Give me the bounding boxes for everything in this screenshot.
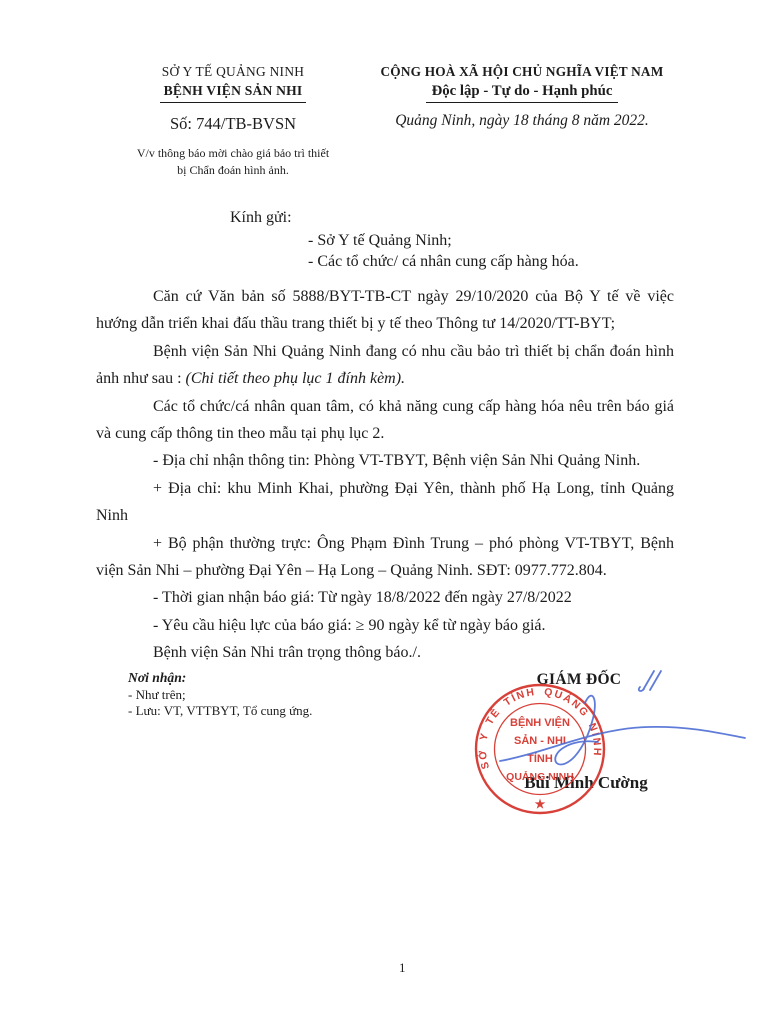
paragraph-address-detail: + Địa chỉ: khu Minh Khai, phường Đại Yên… xyxy=(96,475,674,530)
document-number: Số: 744/TB-BVSN xyxy=(95,114,371,134)
national-motto-line2: Độc lập - Tự do - Hạnh phúc xyxy=(426,82,619,103)
salutation-block: Kính gửi: - Sở Y tế Quảng Ninh; - Các tổ… xyxy=(230,207,579,272)
salutation-label: Kính gửi: xyxy=(230,207,579,229)
document-subject: V/v thông báo mời chào giá bảo trì thiết… xyxy=(95,145,371,178)
handwritten-signature xyxy=(430,655,770,815)
paragraph-contact-address: - Địa chỉ nhận thông tin: Phòng VT-TBYT,… xyxy=(96,447,674,474)
signature-tail-stroke xyxy=(500,727,745,761)
distribution-list-item-2: - Lưu: VT, VTTBYT, Tổ cung ứng. xyxy=(128,703,312,719)
salutation-recipient-2: - Các tổ chức/ cá nhân cung cấp hàng hóa… xyxy=(308,252,579,273)
document-subject-line2: bị Chẩn đoán hình ảnh. xyxy=(177,163,289,177)
parent-org-name: SỞ Y TẾ QUẢNG NINH xyxy=(95,64,371,80)
national-motto-line1: CỘNG HOÀ XÃ HỘI CHỦ NGHĨA VIỆT NAM xyxy=(352,64,692,80)
place-and-date: Quảng Ninh, ngày 18 tháng 8 năm 2022. xyxy=(352,112,692,130)
paragraph-legal-basis: Căn cứ Văn bản số 5888/BYT-TB-CT ngày 29… xyxy=(96,283,674,338)
distribution-list-label: Nơi nhận: xyxy=(128,669,312,687)
paragraph-contact-person: + Bộ phận thường trực: Ông Phạm Đình Tru… xyxy=(96,530,674,585)
signature-loop xyxy=(555,696,598,765)
document-subject-line1: V/v thông báo mời chào giá bảo trì thiết xyxy=(137,146,329,160)
national-motto-row: Độc lập - Tự do - Hạnh phúc xyxy=(352,80,692,103)
distribution-list-block: Nơi nhận: - Như trên; - Lưu: VT, VTTBYT,… xyxy=(128,669,312,718)
salutation-recipient-1: - Sở Y tế Quảng Ninh; xyxy=(308,231,579,252)
paragraph-invitation: Các tổ chức/cá nhân quan tâm, có khả năn… xyxy=(96,393,674,448)
document-body: Căn cứ Văn bản số 5888/BYT-TB-CT ngày 29… xyxy=(96,283,674,667)
org-name: BỆNH VIỆN SẢN NHI xyxy=(160,82,307,103)
paragraph-validity: - Yêu cầu hiệu lực của báo giá: ≥ 90 ngà… xyxy=(96,612,674,639)
distribution-list-item-1: - Như trên; xyxy=(128,687,312,703)
page-number: 1 xyxy=(399,960,406,976)
national-header-block: CỘNG HOÀ XÃ HỘI CHỦ NGHĨA VIỆT NAM Độc l… xyxy=(352,64,692,130)
org-name-row: BỆNH VIỆN SẢN NHI xyxy=(95,80,371,103)
salutation-recipients: - Sở Y tế Quảng Ninh; - Các tổ chức/ cá … xyxy=(308,231,579,272)
document-page: SỞ Y TẾ QUẢNG NINH BỆNH VIỆN SẢN NHI Số:… xyxy=(0,0,770,1024)
paragraph-demand-annex-note: (Chi tiết theo phụ lục 1 đính kèm). xyxy=(186,370,406,387)
paragraph-deadline: - Thời gian nhận báo giá: Từ ngày 18/8/2… xyxy=(96,584,674,611)
signature-initial-flourish xyxy=(639,671,661,691)
paragraph-demand: Bệnh viện Sản Nhi Quảng Ninh đang có nhu… xyxy=(96,338,674,393)
issuing-org-block: SỞ Y TẾ QUẢNG NINH BỆNH VIỆN SẢN NHI Số:… xyxy=(95,64,371,178)
